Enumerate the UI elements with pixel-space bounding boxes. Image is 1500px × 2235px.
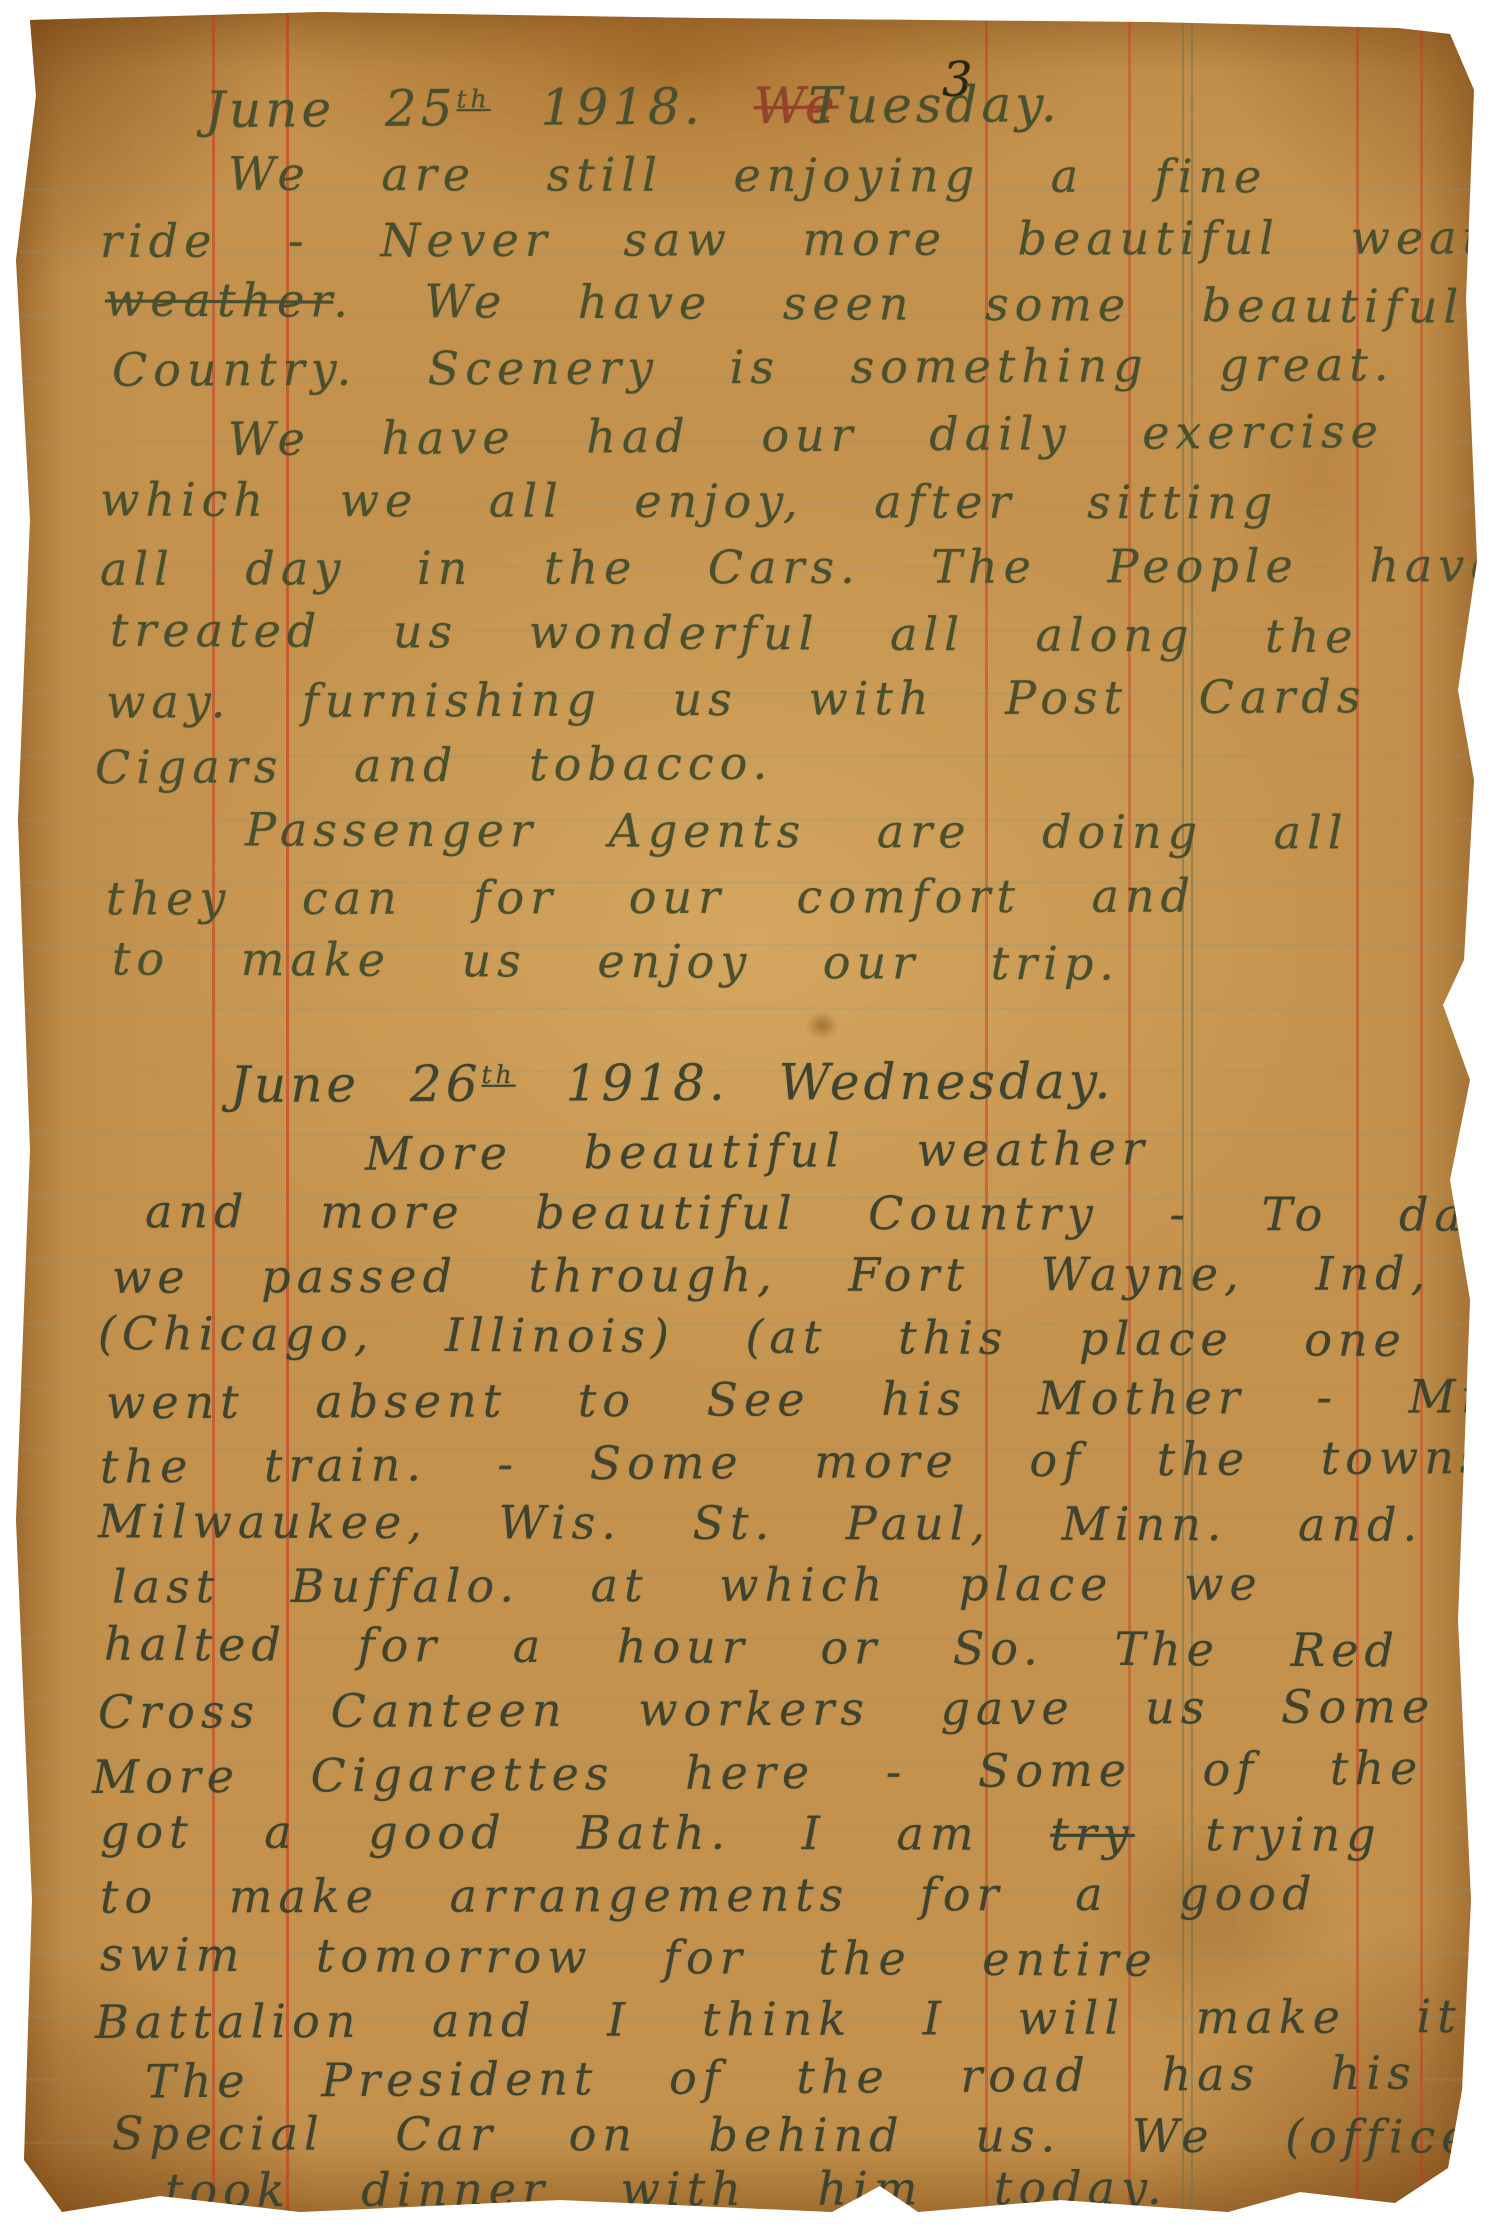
handwriting-segment: Cross Canteen workers gave us Some xyxy=(98,1679,1435,1739)
handwriting-segment: they can for our comfort and xyxy=(106,869,1196,926)
handwritten-line: took dinner with him today. xyxy=(165,2165,1168,2214)
handwritten-line: Special Car on behind us. We (officers) xyxy=(112,2110,1500,2160)
handwriting-segment: treated us wonderful all along the xyxy=(110,603,1359,664)
handwritten-line: Cigars and tobacco. xyxy=(95,740,774,791)
handwriting-segment: . We have seen some beautiful xyxy=(333,274,1464,334)
handwritten-line: treated us wonderful all along the xyxy=(110,607,1359,660)
handwriting-segment: Country. Scenery is something great. xyxy=(112,337,1395,397)
handwritten-line: got a good Bath. I am try trying xyxy=(100,1808,1382,1857)
scanned-diary-page: 3 June 25th 1918. WeTuesday.We are still… xyxy=(0,0,1500,2235)
handwritten-line: Passenger Agents are doing all xyxy=(245,807,1349,856)
red-rule-line xyxy=(1356,0,1359,2235)
struck-out-word: weather xyxy=(105,272,334,327)
handwritten-line: to make us enjoy our trip. xyxy=(112,935,1120,986)
handwriting-segment: the train. - Some more of the towns were xyxy=(100,1428,1500,1493)
handwritten-line: Country. Scenery is something great. xyxy=(112,341,1395,393)
handwritten-line: halted for a hour or So. The Red xyxy=(104,1621,1400,1674)
handwriting-segment: th xyxy=(456,84,490,113)
handwriting-segment: We are still enjoying a fine xyxy=(228,147,1267,204)
handwriting-segment: 1918. Wednesday. xyxy=(516,1052,1115,1113)
handwriting-segment: and more beautiful Country - To day xyxy=(145,1184,1500,1242)
handwriting-segment: took dinner with him today. xyxy=(165,2161,1168,2218)
handwriting-segment: got a good Bath. I am xyxy=(100,1804,1050,1860)
handwriting-segment: all day in the Cars. The People have xyxy=(100,538,1500,596)
handwritten-line: We have had our daily exercise xyxy=(228,408,1384,462)
handwriting-segment: to make us enjoy our trip. xyxy=(112,931,1120,990)
handwriting-segment: More beautiful weather xyxy=(365,1121,1150,1180)
handwritten-line: weather. We have seen some beautiful xyxy=(105,276,1464,329)
handwriting-segment: swim tomorrow for the entire xyxy=(100,1927,1158,1987)
handwritten-line: last Buffalo. at which place we xyxy=(112,1560,1263,1609)
handwriting-segment: Passenger Agents are doing all xyxy=(245,803,1349,860)
handwritten-line: Cross Canteen workers gave us Some xyxy=(98,1683,1435,1735)
handwritten-line: way. furnishing us with Post Cards xyxy=(106,673,1367,724)
handwriting-segment: halted for a hour or So. The Red xyxy=(104,1617,1400,1678)
handwriting-segment: Special Car on behind us. We (officers) xyxy=(112,2106,1500,2164)
handwritten-line: Battalion and I think I will make it. xyxy=(95,1993,1483,2045)
handwriting-segment: We have had our daily exercise xyxy=(228,404,1384,466)
handwriting-segment: last Buffalo. at which place we xyxy=(112,1556,1263,1613)
handwriting-segment: trying xyxy=(1135,1807,1382,1862)
handwriting-segment: The President of the road has his xyxy=(145,2046,1417,2109)
handwriting-segment: we passed through, Fort Wayne, Ind, xyxy=(112,1246,1431,1303)
handwritten-line: they can for our comfort and xyxy=(106,873,1196,922)
handwritten-line: More Cigarettes here - Some of the Compa… xyxy=(92,1742,1500,1800)
handwriting-segment: which we all enjoy, after sitting xyxy=(100,472,1278,529)
handwritten-line: the train. - Some more of the towns were xyxy=(100,1432,1500,1489)
handwritten-line: we passed through, Fort Wayne, Ind, xyxy=(112,1250,1431,1299)
handwritten-line: Milwaukee, Wis. St. Paul, Minn. and. xyxy=(98,1498,1423,1547)
handwriting-segment: June 25 xyxy=(205,79,457,139)
handwritten-line: which we all enjoy, after sitting xyxy=(100,476,1278,525)
handwriting-segment: way. furnishing us with Post Cards xyxy=(106,669,1367,728)
handwriting-segment: More Cigarettes here - Some of the Compa… xyxy=(92,1738,1500,1804)
handwritten-line: all day in the Cars. The People have xyxy=(100,542,1500,592)
paper-sheet: 3 June 25th 1918. WeTuesday.We are still… xyxy=(0,0,1500,2235)
handwriting-segment: (Chicago, Illinois) (at this place one m… xyxy=(98,1306,1500,1368)
red-rule-line xyxy=(1420,0,1423,2235)
handwriting-segment: th xyxy=(481,1060,515,1089)
handwriting-segment: ride - Never saw more beautiful weather xyxy=(100,210,1500,268)
handwritten-line: went absent to See his Mother - Missed xyxy=(106,1373,1500,1426)
handwritten-line: swim tomorrow for the entire xyxy=(100,1931,1158,1983)
entry-date-header: June 26th 1918. Wednesday. xyxy=(230,1056,1115,1110)
handwritten-line: More beautiful weather xyxy=(365,1125,1150,1176)
handwriting-segment: to make arrangements for a good xyxy=(100,1866,1318,1923)
handwritten-line: and more beautiful Country - To day xyxy=(145,1188,1500,1238)
handwriting-segment: Cigars and tobacco. xyxy=(95,736,774,795)
handwritten-line: We are still enjoying a fine xyxy=(228,151,1267,200)
struck-out-word: try xyxy=(1050,1807,1135,1861)
handwriting-segment: Battalion and I think I will make it. xyxy=(95,1989,1483,2049)
handwritten-line: The President of the road has his xyxy=(145,2050,1417,2105)
handwriting-segment: went absent to See his Mother - Missed xyxy=(106,1369,1500,1430)
handwritten-line: (Chicago, Illinois) (at this place one m… xyxy=(98,1310,1500,1364)
handwritten-line: to make arrangements for a good xyxy=(100,1870,1318,1919)
entry-date-header: June 25th 1918. WeTuesday. xyxy=(205,79,1061,135)
handwritten-line: ride - Never saw more beautiful weather xyxy=(100,214,1500,264)
handwriting-segment: Milwaukee, Wis. St. Paul, Minn. and. xyxy=(98,1494,1423,1551)
handwriting-segment: 1918. xyxy=(491,77,754,137)
handwriting-segment: Tuesday. xyxy=(808,75,1061,135)
handwriting-segment: June 26 xyxy=(230,1055,482,1114)
